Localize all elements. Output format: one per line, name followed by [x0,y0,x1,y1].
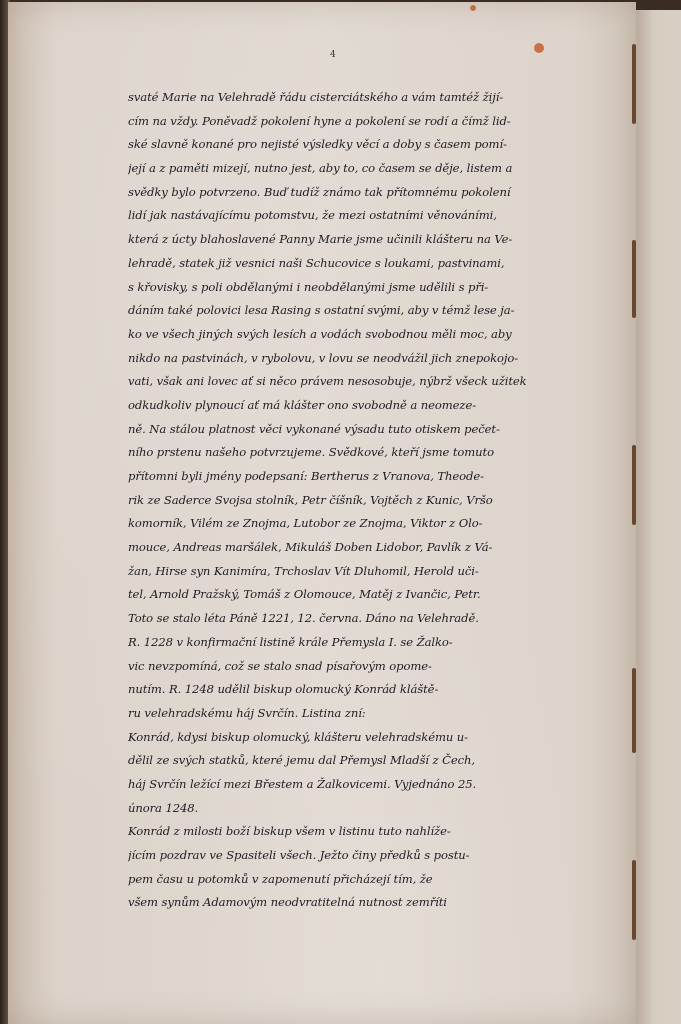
text-line: ně. Na stálou platnost věci vykonané výs… [128,418,628,442]
text-line: svaté Marie na Velehradě řádu cisterciát… [128,86,628,110]
text-line: žan, Hirse syn Kanimíra, Trchoslav Vít D… [128,560,628,584]
text-line: R. 1228 v konfirmační listině krále Přem… [128,631,628,655]
text-line: dáním také polovici lesa Rasing s ostatn… [128,299,628,323]
text-line: ské slavně konané pro nejisté výsledky v… [128,133,628,157]
text-line: její a z paměti mizejí, nutno jest, aby … [128,157,628,181]
binding-thread [632,44,636,124]
manuscript-page: 4 svaté Marie na Velehradě řádu cisterci… [8,2,636,1024]
text-line: ru velehradskému háj Svrčín. Listina zní… [128,702,628,726]
binding-thread [632,445,636,525]
text-line: lidí jak nastávajícímu potomstvu, že mez… [128,204,628,228]
binding-thread [632,860,636,940]
text-line: s křovisky, s poli obdělanými i neobděla… [128,276,628,300]
handwritten-text: svaté Marie na Velehradě řádu cisterciát… [128,86,628,915]
text-line: přítomni byli jmény podepsaní: Bertherus… [128,465,628,489]
text-line: února 1248. [128,797,628,821]
text-line: svědky bylo potvrzeno. Buď tudíž známo t… [128,181,628,205]
page-number: 4 [330,50,336,60]
manuscript-scan: 4 svaté Marie na Velehradě řádu cisterci… [0,0,681,1024]
text-line: ko ve všech jiných svých lesích a vodách… [128,323,628,347]
text-line: která z úcty blahoslavené Panny Marie js… [128,228,628,252]
text-line: ního prstenu našeho potvrzujeme. Svědkov… [128,441,628,465]
text-line: Konrád z milosti boží biskup všem v list… [128,820,628,844]
text-line: odkudkoliv plynoucí ať má klášter ono sv… [128,394,628,418]
text-line: dělil ze svých statků, které jemu dal Př… [128,749,628,773]
text-line: Konrád, kdysi biskup olomucký, klášteru … [128,726,628,750]
text-line: vati, však ani lovec ať si něco právem n… [128,370,628,394]
text-line: komorník, Vilém ze Znojma, Lutobor ze Zn… [128,512,628,536]
binding-thread [632,668,636,753]
adjacent-page-edge [636,10,681,1024]
ink-stain-large [534,43,544,53]
text-line: vic nevzpomíná, což se stalo snad písařo… [128,655,628,679]
text-line: Toto se stalo léta Páně 1221, 12. června… [128,607,628,631]
text-line: lehradě, statek již vesnici naši Schucov… [128,252,628,276]
text-line: rik ze Saderce Svojsa stolník, Petr číšn… [128,489,628,513]
text-line: pem času u potomků v zapomenutí přicháze… [128,868,628,892]
text-line: nutím. R. 1248 udělil biskup olomucký Ko… [128,678,628,702]
text-line: všem synům Adamovým neodvratitelná nutno… [128,891,628,915]
text-line: jícím pozdrav ve Spasiteli všech. Ježto … [128,844,628,868]
text-line: cím na vždy. Poněvadž pokolení hyne a po… [128,110,628,134]
ink-stain-small [470,5,476,11]
text-line: nikdo na pastvinách, v rybolovu, v lovu … [128,347,628,371]
text-line: mouce, Andreas maršálek, Mikuláš Doben L… [128,536,628,560]
binding-thread [632,240,636,318]
text-line: háj Svrčín ležící mezi Břestem a Žalkovi… [128,773,628,797]
text-line: tel, Arnold Pražský, Tomáš z Olomouce, M… [128,583,628,607]
